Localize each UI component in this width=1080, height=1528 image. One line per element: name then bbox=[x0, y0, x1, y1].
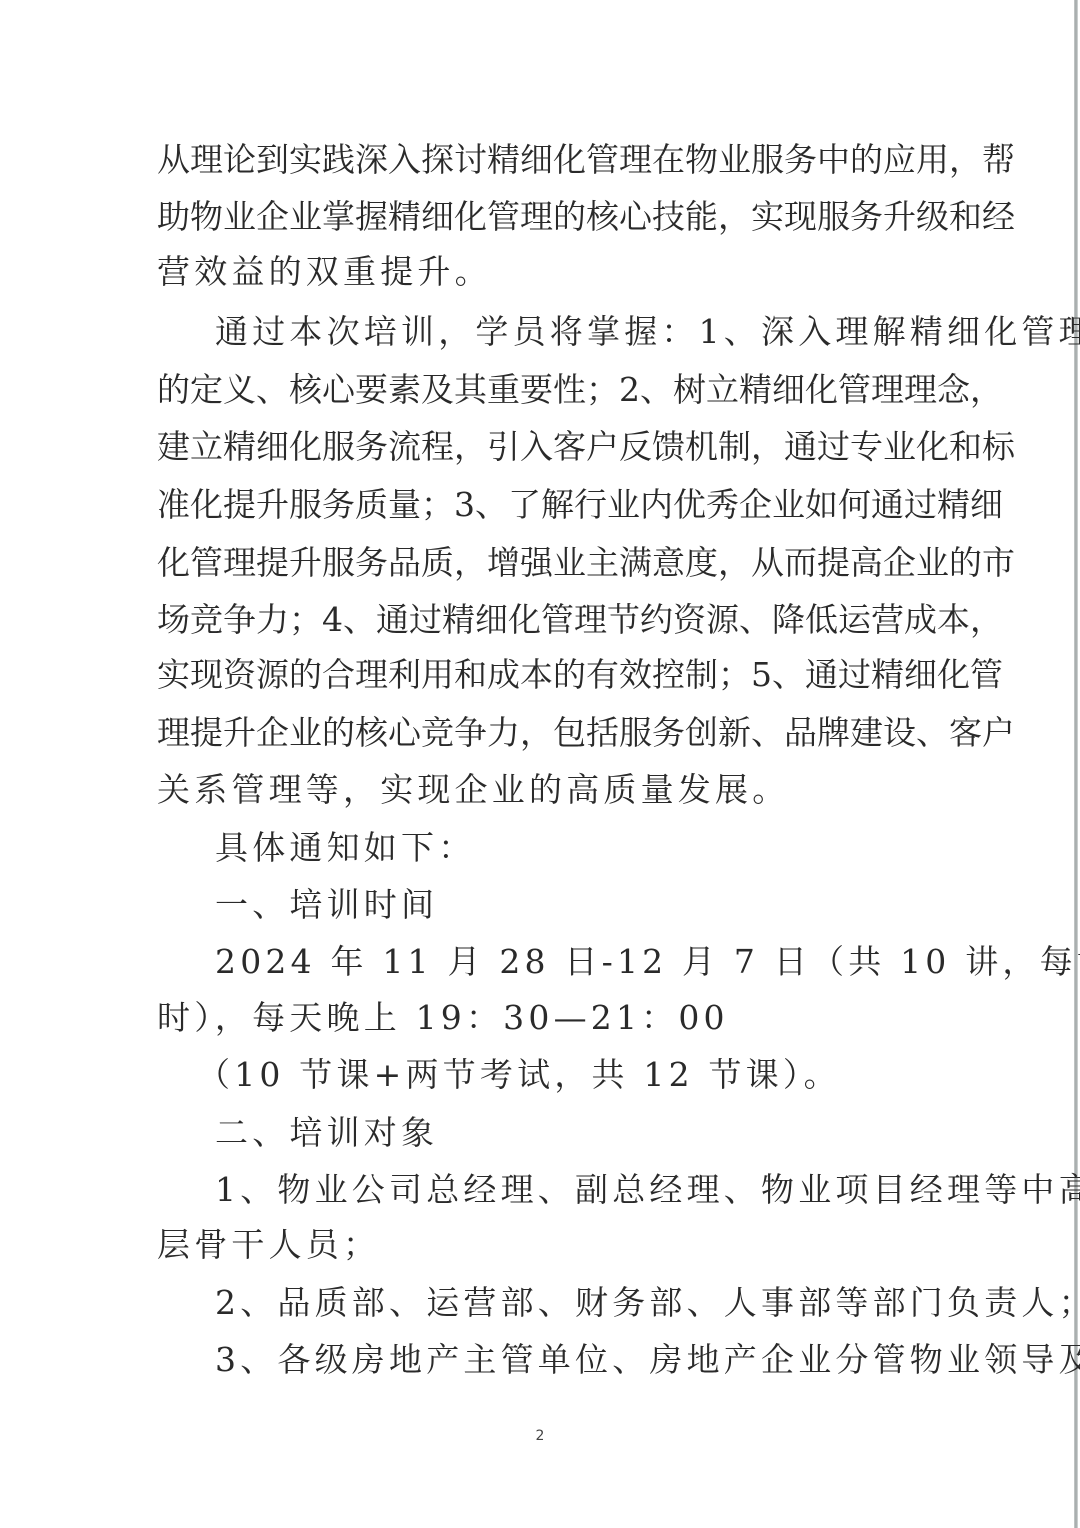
outcomes-line-5: 化管理提升服务品质，增强业主满意度，从而提高企业的市 bbox=[157, 543, 909, 583]
section-heading-training-audience: 二、培训对象 bbox=[215, 1113, 438, 1153]
section-heading-training-time: 一、培训时间 bbox=[215, 885, 438, 925]
outcomes-line-4: 准化提升服务质量；3、了解行业内优秀企业如何通过精细 bbox=[157, 485, 909, 525]
audience-item-1-line-2: 层骨干人员； bbox=[157, 1225, 380, 1265]
audience-item-3: 3、各级房地产主管单位、房地产企业分管物业领导及 bbox=[215, 1340, 1080, 1380]
audience-item-1-line-1: 1、物业公司总经理、副总经理、物业项目经理等中高 bbox=[215, 1170, 1080, 1210]
outcomes-line-6: 场竞争力；4、通过精细化管理节约资源、降低运营成本， bbox=[157, 600, 909, 640]
intro-line-3: 营效益的双重提升。 bbox=[157, 252, 492, 292]
outcomes-line-1: 通过本次培训，学员将掌握：1、深入理解精细化管理 bbox=[215, 312, 1080, 352]
notice-intro: 具体通知如下： bbox=[215, 828, 475, 868]
outcomes-line-8: 理提升企业的核心竞争力，包括服务创新、品牌建设、客户 bbox=[157, 713, 909, 753]
outcomes-line-3: 建立精细化服务流程，引入客户反馈机制，通过专业化和标 bbox=[157, 427, 909, 467]
outcomes-line-7: 实现资源的合理利用和成本的有效控制；5、通过精细化管 bbox=[157, 655, 909, 695]
intro-line-2: 助物业企业掌握精细化管理的核心技能，实现服务升级和经 bbox=[157, 197, 909, 237]
page-number: 2 bbox=[530, 1428, 550, 1444]
outcomes-line-9: 关系管理等，实现企业的高质量发展。 bbox=[157, 770, 789, 810]
training-time-line-1: 2024 年 11 月 28 日-12 月 7 日（共 10 讲，每讲 1.5 … bbox=[215, 942, 1080, 982]
audience-item-2: 2、品质部、运营部、财务部、人事部等部门负责人； bbox=[215, 1283, 1080, 1323]
training-time-line-2: 时），每天晚上 19：30—21：00 bbox=[157, 998, 729, 1038]
outcomes-line-2: 的定义、核心要素及其重要性；2、树立精细化管理理念， bbox=[157, 370, 909, 410]
document-page: 从理论到实践深入探讨精细化管理在物业服务中的应用，帮 助物业企业掌握精细化管理的… bbox=[0, 0, 1080, 1528]
intro-line-1: 从理论到实践深入探讨精细化管理在物业服务中的应用，帮 bbox=[157, 140, 909, 180]
course-count-note: （10 节课+两节考试，共 12 节课）。 bbox=[197, 1055, 841, 1095]
